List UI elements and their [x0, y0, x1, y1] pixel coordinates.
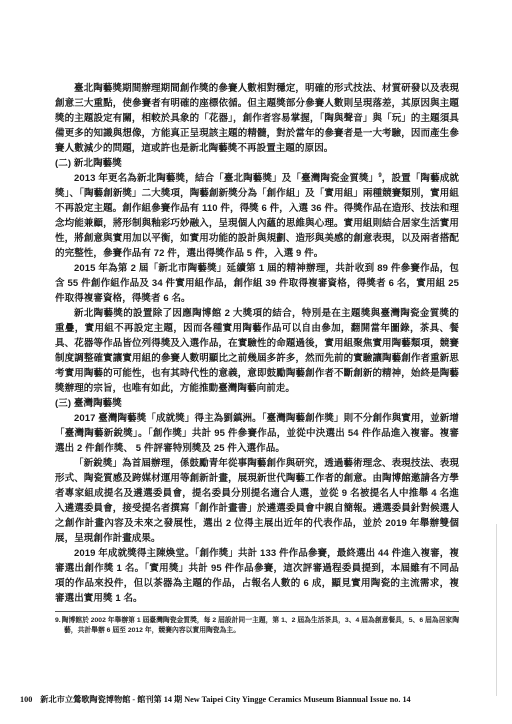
paragraph-2015-award: 2015 年為第 2 屆「新北市陶藝獎」延續第 1 屆的精神辦理，共計收到 89…: [55, 261, 459, 306]
paragraph-2013-award: 2013 年更名為新北陶藝獎，結合「臺北陶藝獎」及「臺灣陶瓷金質獎」9，設置「陶…: [55, 171, 459, 261]
footnote-area: 9.陶博館於 2002 年舉辦第 1 屆臺灣陶瓷金質獎，每 2 屆設計同一主題，…: [55, 611, 459, 635]
paragraph-2019-award: 2019 年成就獎得主陳煥堂。「創作獎」共計 133 件作品參賽，最終選出 44…: [55, 546, 459, 606]
footnote-text: 陶博館於 2002 年舉辦第 1 屆臺灣陶瓷金質獎，每 2 屆設計同一主題，第 …: [62, 617, 459, 634]
section-heading-taiwan-award: (三) 臺灣陶藝獎: [55, 396, 459, 411]
paragraph-text: 2013 年更名為新北陶藝獎，結合「臺北陶藝獎」及「臺灣陶瓷金質獎」: [74, 173, 378, 184]
footer-text: 新北市立鶯歌陶瓷博物館 - 館刊第 14 期 New Taipei City Y…: [40, 695, 410, 704]
scan-artifact-line: [496, 524, 497, 696]
footnote-marker: 9.: [55, 617, 62, 624]
section-heading-new-taipei-award: (二) 新北陶藝獎: [55, 156, 459, 171]
page-footer: 100新北市立鶯歌陶瓷博物館 - 館刊第 14 期 New Taipei Cit…: [20, 694, 411, 705]
paragraph-2017-award: 2017 臺灣陶藝獎「成就獎」得主為劉鎮洲。「臺灣陶藝創作獎」則不分創作與實用，…: [55, 411, 459, 456]
page-number: 100: [20, 695, 32, 704]
document-page: 臺北陶藝獎期間辦理期間創作獎的參賽人數相對穩定，明確的形式技法、材質研發以及表現…: [0, 0, 512, 724]
footnote-9: 9.陶博館於 2002 年舉辦第 1 屆臺灣陶瓷金質獎，每 2 屆設計同一主題，…: [55, 616, 459, 635]
paragraph-rookie-award: 「新銳獎」為首屆辦理，係鼓勵青年從事陶藝創作與研究，透過藝術理念、表現技法、表現…: [55, 456, 459, 546]
paragraph-award-setup: 新北陶藝獎的設置除了因應陶博館 2 大獎項的結合，特別是在主題獎與臺灣陶瓷金質獎…: [55, 306, 459, 396]
footnote-divider: [55, 611, 459, 612]
paragraph-text: ，設置「陶藝成就獎」、「陶藝創新獎」二大獎項，陶藝創新獎分為「創作組」及「實用組…: [55, 173, 459, 259]
article-body: 臺北陶藝獎期間辦理期間創作獎的參賽人數相對穩定，明確的形式技法、材質研發以及表現…: [55, 81, 459, 606]
intro-paragraph: 臺北陶藝獎期間辦理期間創作獎的參賽人數相對穩定，明確的形式技法、材質研發以及表現…: [55, 81, 459, 156]
